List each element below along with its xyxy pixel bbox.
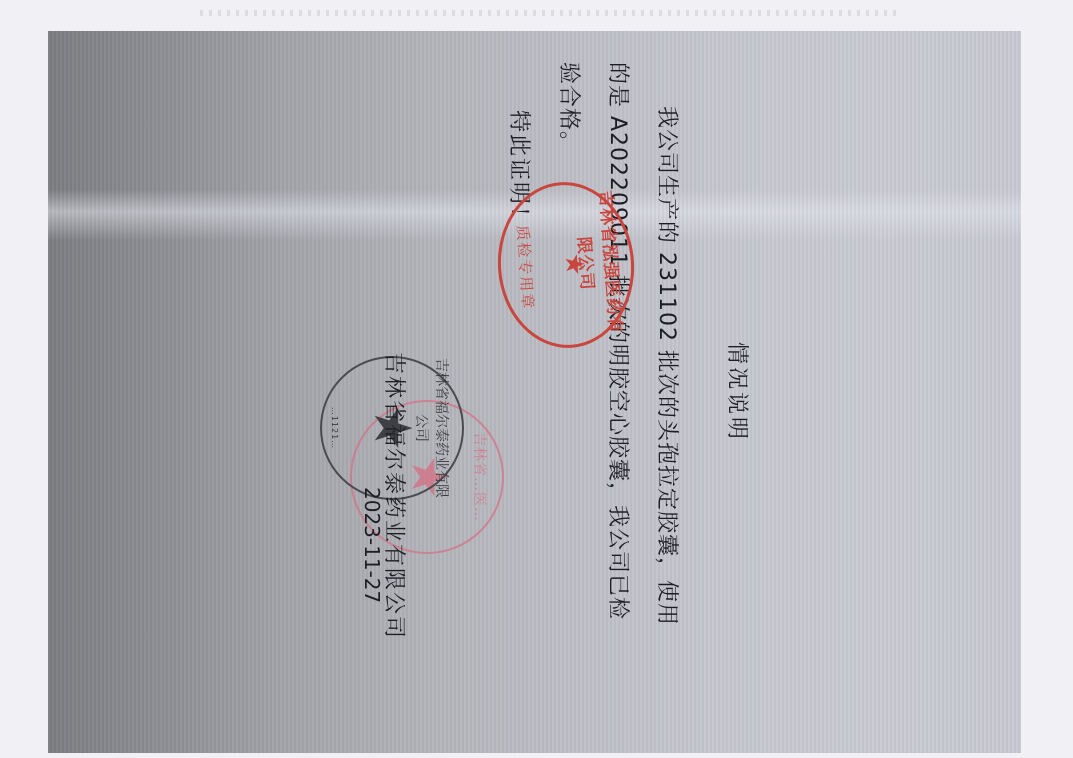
body-line-3: 验合格。 [544,62,593,702]
body-line-2: 的是 A202209011 批次的明胶空心胶囊，我公司已检 [593,62,642,702]
stamp-code-text: …1121… [330,358,339,498]
document-title: 情况说明 [723,52,754,732]
rotated-document: 情况说明 我公司生产的 231102 批次的头孢拉定胶囊，使用 的是 A2022… [314,52,754,732]
signature-company: 吉林省福尔泰药业有限公司 [380,352,411,640]
scan-edge-noise [200,10,900,16]
body-line-1: 我公司生产的 231102 批次的头孢拉定胶囊，使用 [642,62,691,702]
stamp-center-text: 质检专用章 [510,187,542,348]
stamp-ring-text: 吉林省…医… [470,402,490,552]
quality-inspection-stamp: 吉林省泓强医药有限公司 ★ 质检专用章 [492,177,639,352]
document-body: 我公司生产的 231102 批次的头孢拉定胶囊，使用 的是 A202209011… [544,62,691,702]
document-date: 2023-11-27 [360,487,384,603]
